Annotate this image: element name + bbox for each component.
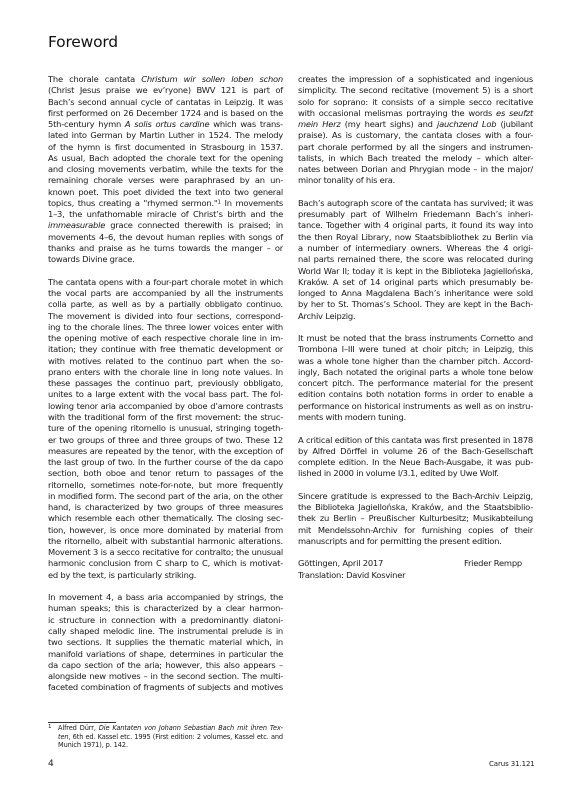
text-line: thek zu Berlin – Preußischer Kulturbesit… [298, 513, 533, 524]
text-line: complete edition. In the Neue Bach-Ausga… [298, 457, 533, 468]
text-line: prano enters with the chorale line in lo… [48, 367, 283, 378]
text-line: 1–3, the unfathomable miracle of Christ’… [48, 209, 283, 220]
text-line: minor tonality of his era. [298, 175, 533, 186]
text-line: performance on historical instruments as… [298, 401, 533, 412]
text-line: A critical edition of this cantata was f… [298, 435, 533, 446]
text-line: by Alfred Dörffel in volume 26 of the Ba… [298, 446, 533, 457]
text-line: Sincere gratitude is expressed to the Ba… [298, 491, 533, 502]
footnote-reference[interactable]: 1 [218, 199, 221, 205]
text-line: lished in 2000 in volume I/3.1, edited b… [298, 468, 533, 479]
text-line: manifold variations of shape, determines… [48, 649, 283, 660]
text-line: alongside new motives – in the second se… [48, 671, 283, 682]
text-line: faceted combination of fragments of subj… [48, 682, 283, 693]
text-line: ments with modern tuning. [298, 412, 533, 423]
text-line: The movement is divided into four sectio… [48, 311, 283, 322]
text-line: World War II; today it is kept in the Bi… [298, 266, 533, 277]
signature-author: Frieder Rempp [464, 558, 522, 569]
text-line: Kraków. A set of 14 original parts which… [298, 277, 533, 288]
page-number: 4 [48, 759, 54, 769]
text-line: The chorale cantata Christum wir sollen … [48, 74, 283, 85]
text-line: immeasurable grace connected therewith i… [48, 220, 283, 231]
text-line: nates between Dorian and Phrygian mode –… [298, 164, 533, 175]
right-paragraph-1: creates the impression of a sophisticate… [298, 74, 533, 187]
text-line: by her to St. Thomas’s School. They are … [298, 299, 533, 310]
text-line: which resemble each other thematically. … [48, 513, 283, 524]
text-line: As usual, Bach adopted the chorale text … [48, 153, 283, 164]
text-line: harmonic conclusion from C sharp to C, w… [48, 558, 283, 569]
text-line: longed to Anna Magdalena Bach’s inherita… [298, 288, 533, 299]
footnote-number: 1 [48, 723, 51, 732]
text-line: the opening motive of each respective ch… [48, 333, 283, 344]
right-column: creates the impression of a sophisticate… [298, 74, 533, 581]
left-paragraph-2: The cantata opens with a four-part chora… [48, 277, 283, 581]
text-line: two sections. It supplies the thematic m… [48, 637, 283, 648]
text-line: colla parte, as well as by a partially o… [48, 299, 283, 310]
text-line: da capo section of the aria; however, th… [48, 660, 283, 671]
text-line: ritornello, sometimes note-for-note, but… [48, 480, 283, 491]
text-line: these passages the continuo part, previo… [48, 378, 283, 389]
text-line: Trombona I–III were tuned at choir pitch… [298, 344, 533, 355]
text-line: measures are repeated by the tenor, with… [48, 446, 283, 457]
text-line: concert pitch. The performance material … [298, 378, 533, 389]
text-line: the then Royal Library, now Staatsbiblio… [298, 232, 533, 243]
text-line: ing to the chorale lines. The three lowe… [48, 322, 283, 333]
footnote-line: ten, 6th ed. Kassel etc. 1995 (First edi… [58, 733, 283, 742]
text-line: ed by the text, is particularly striking… [48, 570, 283, 581]
text-line: cally shaped melodic line. The instrumen… [48, 626, 283, 637]
text-line: movements 4–6, the devout human replies … [48, 232, 283, 243]
text-line: thanks and praise as he turns towards th… [48, 243, 283, 254]
text-line: ingly, Bach notated the original parts a… [298, 367, 533, 378]
footnote: 1 Alfred Dürr, Die Kantaten von Johann S… [48, 724, 283, 750]
signature-translator: Translation: David Kosviner [298, 570, 533, 581]
text-line: a number of intermediary owners. Whereas… [298, 243, 533, 254]
footnote-line: Alfred Dürr, Die Kantaten von Johann Seb… [58, 724, 283, 733]
text-line: first performed on 26 December 1724 and … [48, 108, 283, 119]
catalog-number: Carus 31.121 [489, 760, 535, 768]
text-line: towards Divine grace. [48, 254, 283, 265]
text-line: ic structure in connection with a predom… [48, 615, 283, 626]
text-line: ture of the opening ritornello is unusua… [48, 423, 283, 434]
text-line: Bach’s second annual cycle of cantatas i… [48, 97, 283, 108]
text-line: the ritornello, albeit with substantial … [48, 536, 283, 547]
left-column: The chorale cantata Christum wir sollen … [48, 74, 283, 705]
text-line: talists, in which Bach treated the melod… [298, 153, 533, 164]
text-line: itation; they continue with free themati… [48, 344, 283, 355]
text-line: and closing movements verbatim, while th… [48, 164, 283, 175]
signature-place-date: Göttingen, April 2017 [298, 558, 383, 569]
left-paragraph-3: In movement 4, a bass aria accompanied b… [48, 592, 283, 693]
text-line: er two groups of three and three groups … [48, 435, 283, 446]
text-line: manuscripts and for permitting the prese… [298, 536, 533, 547]
text-line: with occasional melismas portraying the … [298, 108, 533, 119]
text-line: The cantata opens with a four-part chora… [48, 277, 283, 288]
text-line: mein Herz (my heart sighs) and jauchzend… [298, 119, 533, 130]
footnote-divider [48, 722, 116, 723]
text-line: lated into German by Martin Luther in 15… [48, 130, 283, 141]
text-line: unites to a large extent with the vocal … [48, 389, 283, 400]
footnote-line: Munich 1971), p. 142. [58, 741, 283, 750]
text-line: section, both oboe and tenor return to p… [48, 468, 283, 479]
text-line: presumably part of Wilhelm Friedemann Ba… [298, 209, 533, 220]
text-line: Movement 3 is a secco recitative for con… [48, 547, 283, 558]
text-line: It must be noted that the brass instrume… [298, 333, 533, 344]
text-line: known poet. This poet divided the text i… [48, 187, 283, 198]
text-line: the Biblioteka Jagiellońska, Kraków, and… [298, 502, 533, 513]
text-line: Archiv Leipzig. [298, 311, 533, 322]
text-line: the vocal parts are accompanied by all t… [48, 288, 283, 299]
text-line: praise). As is customary, the cantata cl… [298, 130, 533, 141]
left-paragraph-1: The chorale cantata Christum wir sollen … [48, 74, 283, 266]
right-paragraph-2: Bach’s autograph score of the cantata ha… [298, 198, 533, 322]
footnote-text: Alfred Dürr, Die Kantaten von Johann Seb… [58, 724, 283, 750]
text-line: Bach’s autograph score of the cantata ha… [298, 198, 533, 209]
text-line: with motives related to the continuo par… [48, 356, 283, 367]
text-line: solo for soprano: it consists of a simpl… [298, 97, 533, 108]
text-line: edition contains both notation forms in … [298, 389, 533, 400]
right-paragraph-3: It must be noted that the brass instrume… [298, 333, 533, 423]
text-line: hand, is characterized by two groups of … [48, 502, 283, 513]
right-paragraph-4: A critical edition of this cantata was f… [298, 435, 533, 480]
text-line: human speaks; this is characterized by a… [48, 603, 283, 614]
text-line: was a whole tone higher than the chamber… [298, 356, 533, 367]
right-paragraph-5: Sincere gratitude is expressed to the Ba… [298, 491, 533, 547]
text-line: creates the impression of a sophisticate… [298, 74, 533, 85]
text-line: with the traditional form of the first m… [48, 412, 283, 423]
page-title: Foreword [48, 33, 118, 51]
text-line: tion, however, is once more dominated by… [48, 525, 283, 536]
text-line: simplicity. The second recitative (movem… [298, 85, 533, 96]
text-line: nal parts remained there, the score was … [298, 254, 533, 265]
text-line: tance. Together with 4 original parts, i… [298, 220, 533, 231]
text-line: lowing tenor aria accompanied by oboe d’… [48, 401, 283, 412]
text-line: mit Mendelssohn-Archiv for furnishing co… [298, 525, 533, 536]
text-line: topics, thus creating a "rhymed sermon."… [48, 198, 283, 209]
text-line: (Christ Jesus praise we ev’ryone) BWV 12… [48, 85, 283, 96]
text-line: the last group of two. In the further co… [48, 457, 283, 468]
text-line: remaining chorale verses were paraphrase… [48, 175, 283, 186]
text-line: 5th-century hymn A solis ortus cardine w… [48, 119, 283, 130]
text-line: part chorale performed by all the singer… [298, 142, 533, 153]
text-line: In movement 4, a bass aria accompanied b… [48, 592, 283, 603]
signature-block: Göttingen, April 2017Frieder RemppTransl… [298, 558, 533, 581]
text-line: of the hymn is first documented in Stras… [48, 142, 283, 153]
text-line: in modified form. The second part of the… [48, 491, 283, 502]
